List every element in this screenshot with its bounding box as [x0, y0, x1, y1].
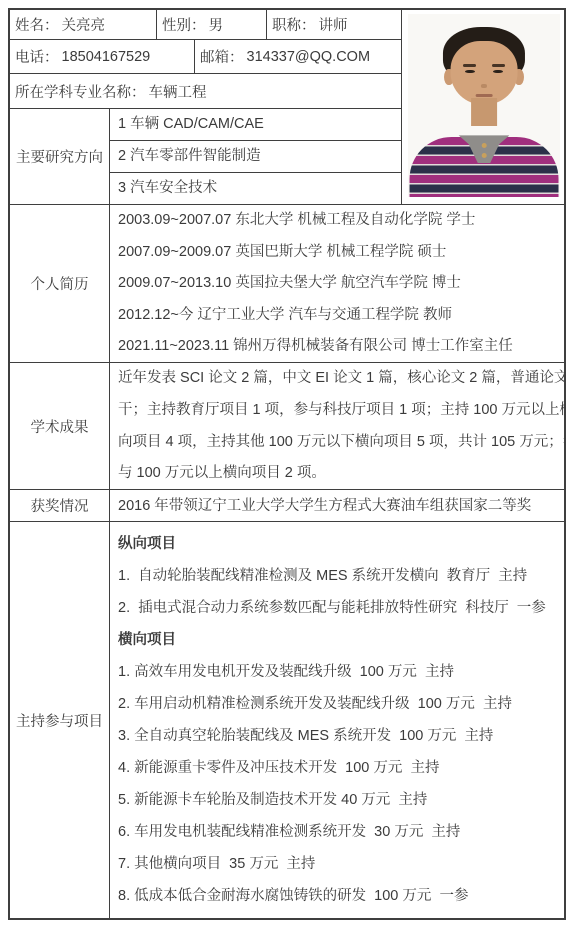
research-item-text: 3 汽车安全技术 — [110, 173, 401, 204]
project-item: 1. 自动轮胎装配线精准检测及 MES 系统开发横向 教育厅 主持 — [110, 560, 564, 592]
photo-collar — [459, 135, 510, 163]
name-value: 关亮亮 — [62, 14, 106, 35]
project-item: 8. 低成本低合金耐海水腐蚀铸铁的研发 100 万元 一参 — [110, 880, 564, 912]
photo-button — [481, 153, 486, 158]
name-cell: 姓名：关亮亮 — [10, 10, 157, 40]
project-item: 2. 车用启动机精准检测系统开发及装配线升级 100 万元 主持 — [110, 688, 564, 720]
project-item: 2. 插电式混合动力系统参数匹配与能耗排放特性研究 科技厅 一参 — [110, 592, 564, 624]
photo-cell — [402, 10, 564, 205]
portrait-photo — [408, 14, 560, 197]
gender-value: 男 — [209, 14, 224, 35]
phone-value: 18504167529 — [62, 49, 151, 65]
projects-section-label: 主持参与项目 — [10, 522, 110, 918]
resume-section-label: 个人简历 — [10, 205, 110, 363]
email-cell: 邮箱：314337@QQ.COM — [195, 40, 402, 74]
research-item: 2 汽车零部件智能制造 — [110, 141, 402, 173]
title-label: 职称： — [272, 14, 316, 35]
academic-text-line: 向项目 4 项，主持其他 100 万元以下横向项目 5 项，共计 105 万元；… — [110, 427, 564, 459]
research-item-text: 1 车辆 CAD/CAM/CAE — [110, 109, 401, 140]
department-cell: 所在学科专业名称：车辆工程 — [10, 74, 402, 109]
projects-subheading-horizontal: 横向项目 — [110, 624, 564, 656]
resume-entry: 2021.11~2023.11 锦州万得机械装备有限公司 博士工作室主任 — [110, 331, 564, 363]
title-cell: 职称：讲师 — [267, 10, 402, 40]
name-label: 姓名： — [15, 14, 59, 35]
award-text: 2016 年带领辽宁工业大学大学生方程式大赛油车组获国家二等奖 — [110, 490, 564, 522]
phone-label: 电话： — [15, 46, 59, 67]
title-value: 讲师 — [319, 14, 348, 35]
resume-entry: 2012.12~今 辽宁工业大学 汽车与交通工程学院 教师 — [110, 300, 564, 332]
cv-table: 姓名：关亮亮 性别：男 职称：讲师 电话：18504167529 邮箱：3143… — [8, 8, 566, 920]
award-content: 2016 年带领辽宁工业大学大学生方程式大赛油车组获国家二等奖 — [110, 490, 564, 522]
email-label: 邮箱： — [200, 46, 244, 67]
research-item-text: 2 汽车零部件智能制造 — [110, 141, 401, 172]
academic-text-line: 干；主持教育厅项目 1 项，参与科技厅项目 1 项；主持 100 万元以上横 — [110, 395, 564, 427]
photo-striped-shirt — [410, 137, 559, 197]
award-section-label: 获奖情况 — [10, 490, 110, 522]
gender-label: 性别： — [162, 14, 206, 35]
academic-text-line: 近年发表 SCI 论文 2 篇，中文 EI 论文 1 篇，核心论文 2 篇，普通… — [110, 363, 564, 395]
project-item: 3. 全自动真空轮胎装配线及 MES 系统开发 100 万元 主持 — [110, 720, 564, 752]
research-item: 3 汽车安全技术 — [110, 173, 402, 205]
photo-nose — [481, 84, 487, 88]
research-section-label: 主要研究方向 — [10, 109, 110, 205]
photo-eyebrow — [492, 64, 506, 67]
photo-eyebrow — [463, 64, 477, 67]
email-value: 314337@QQ.COM — [247, 49, 371, 65]
photo-mouth — [476, 94, 493, 97]
research-item: 1 车辆 CAD/CAM/CAE — [110, 109, 402, 141]
resume-entry: 2009.07~2013.10 英国拉夫堡大学 航空汽车学院 博士 — [110, 268, 564, 300]
projects-content: 纵向项目 1. 自动轮胎装配线精准检测及 MES 系统开发横向 教育厅 主持 2… — [110, 522, 564, 918]
project-item: 6. 车用发电机装配线精准检测系统开发 30 万元 主持 — [110, 816, 564, 848]
academic-section-label: 学术成果 — [10, 363, 110, 490]
department-value: 车辆工程 — [149, 81, 207, 102]
photo-button — [481, 143, 486, 148]
resume-entry: 2003.09~2007.07 东北大学 机械工程及自动化学院 学士 — [110, 205, 564, 237]
academic-text-line: 与 100 万元以上横向项目 2 项。 — [110, 458, 564, 490]
cv-page: { "colors": { "border": "#3f3f3f", "text… — [0, 0, 574, 928]
phone-cell: 电话：18504167529 — [10, 40, 195, 74]
gender-cell: 性别：男 — [157, 10, 267, 40]
project-item: 4. 新能源重卡零件及冲压技术开发 100 万元 主持 — [110, 752, 564, 784]
department-label: 所在学科专业名称： — [15, 81, 146, 102]
resume-content: 2003.09~2007.07 东北大学 机械工程及自动化学院 学士 2007.… — [110, 205, 564, 363]
project-item: 7. 其他横向项目 35 万元 主持 — [110, 848, 564, 880]
resume-entry: 2007.09~2009.07 英国巴斯大学 机械工程学院 硕士 — [110, 237, 564, 269]
projects-subheading-vertical: 纵向项目 — [110, 528, 564, 560]
project-item: 1. 高效车用发电机开发及装配线升级 100 万元 主持 — [110, 656, 564, 688]
photo-neck — [471, 98, 497, 125]
academic-content: 近年发表 SCI 论文 2 篇，中文 EI 论文 1 篇，核心论文 2 篇，普通… — [110, 363, 564, 490]
project-item: 5. 新能源卡车轮胎及制造技术开发 40 万元 主持 — [110, 784, 564, 816]
